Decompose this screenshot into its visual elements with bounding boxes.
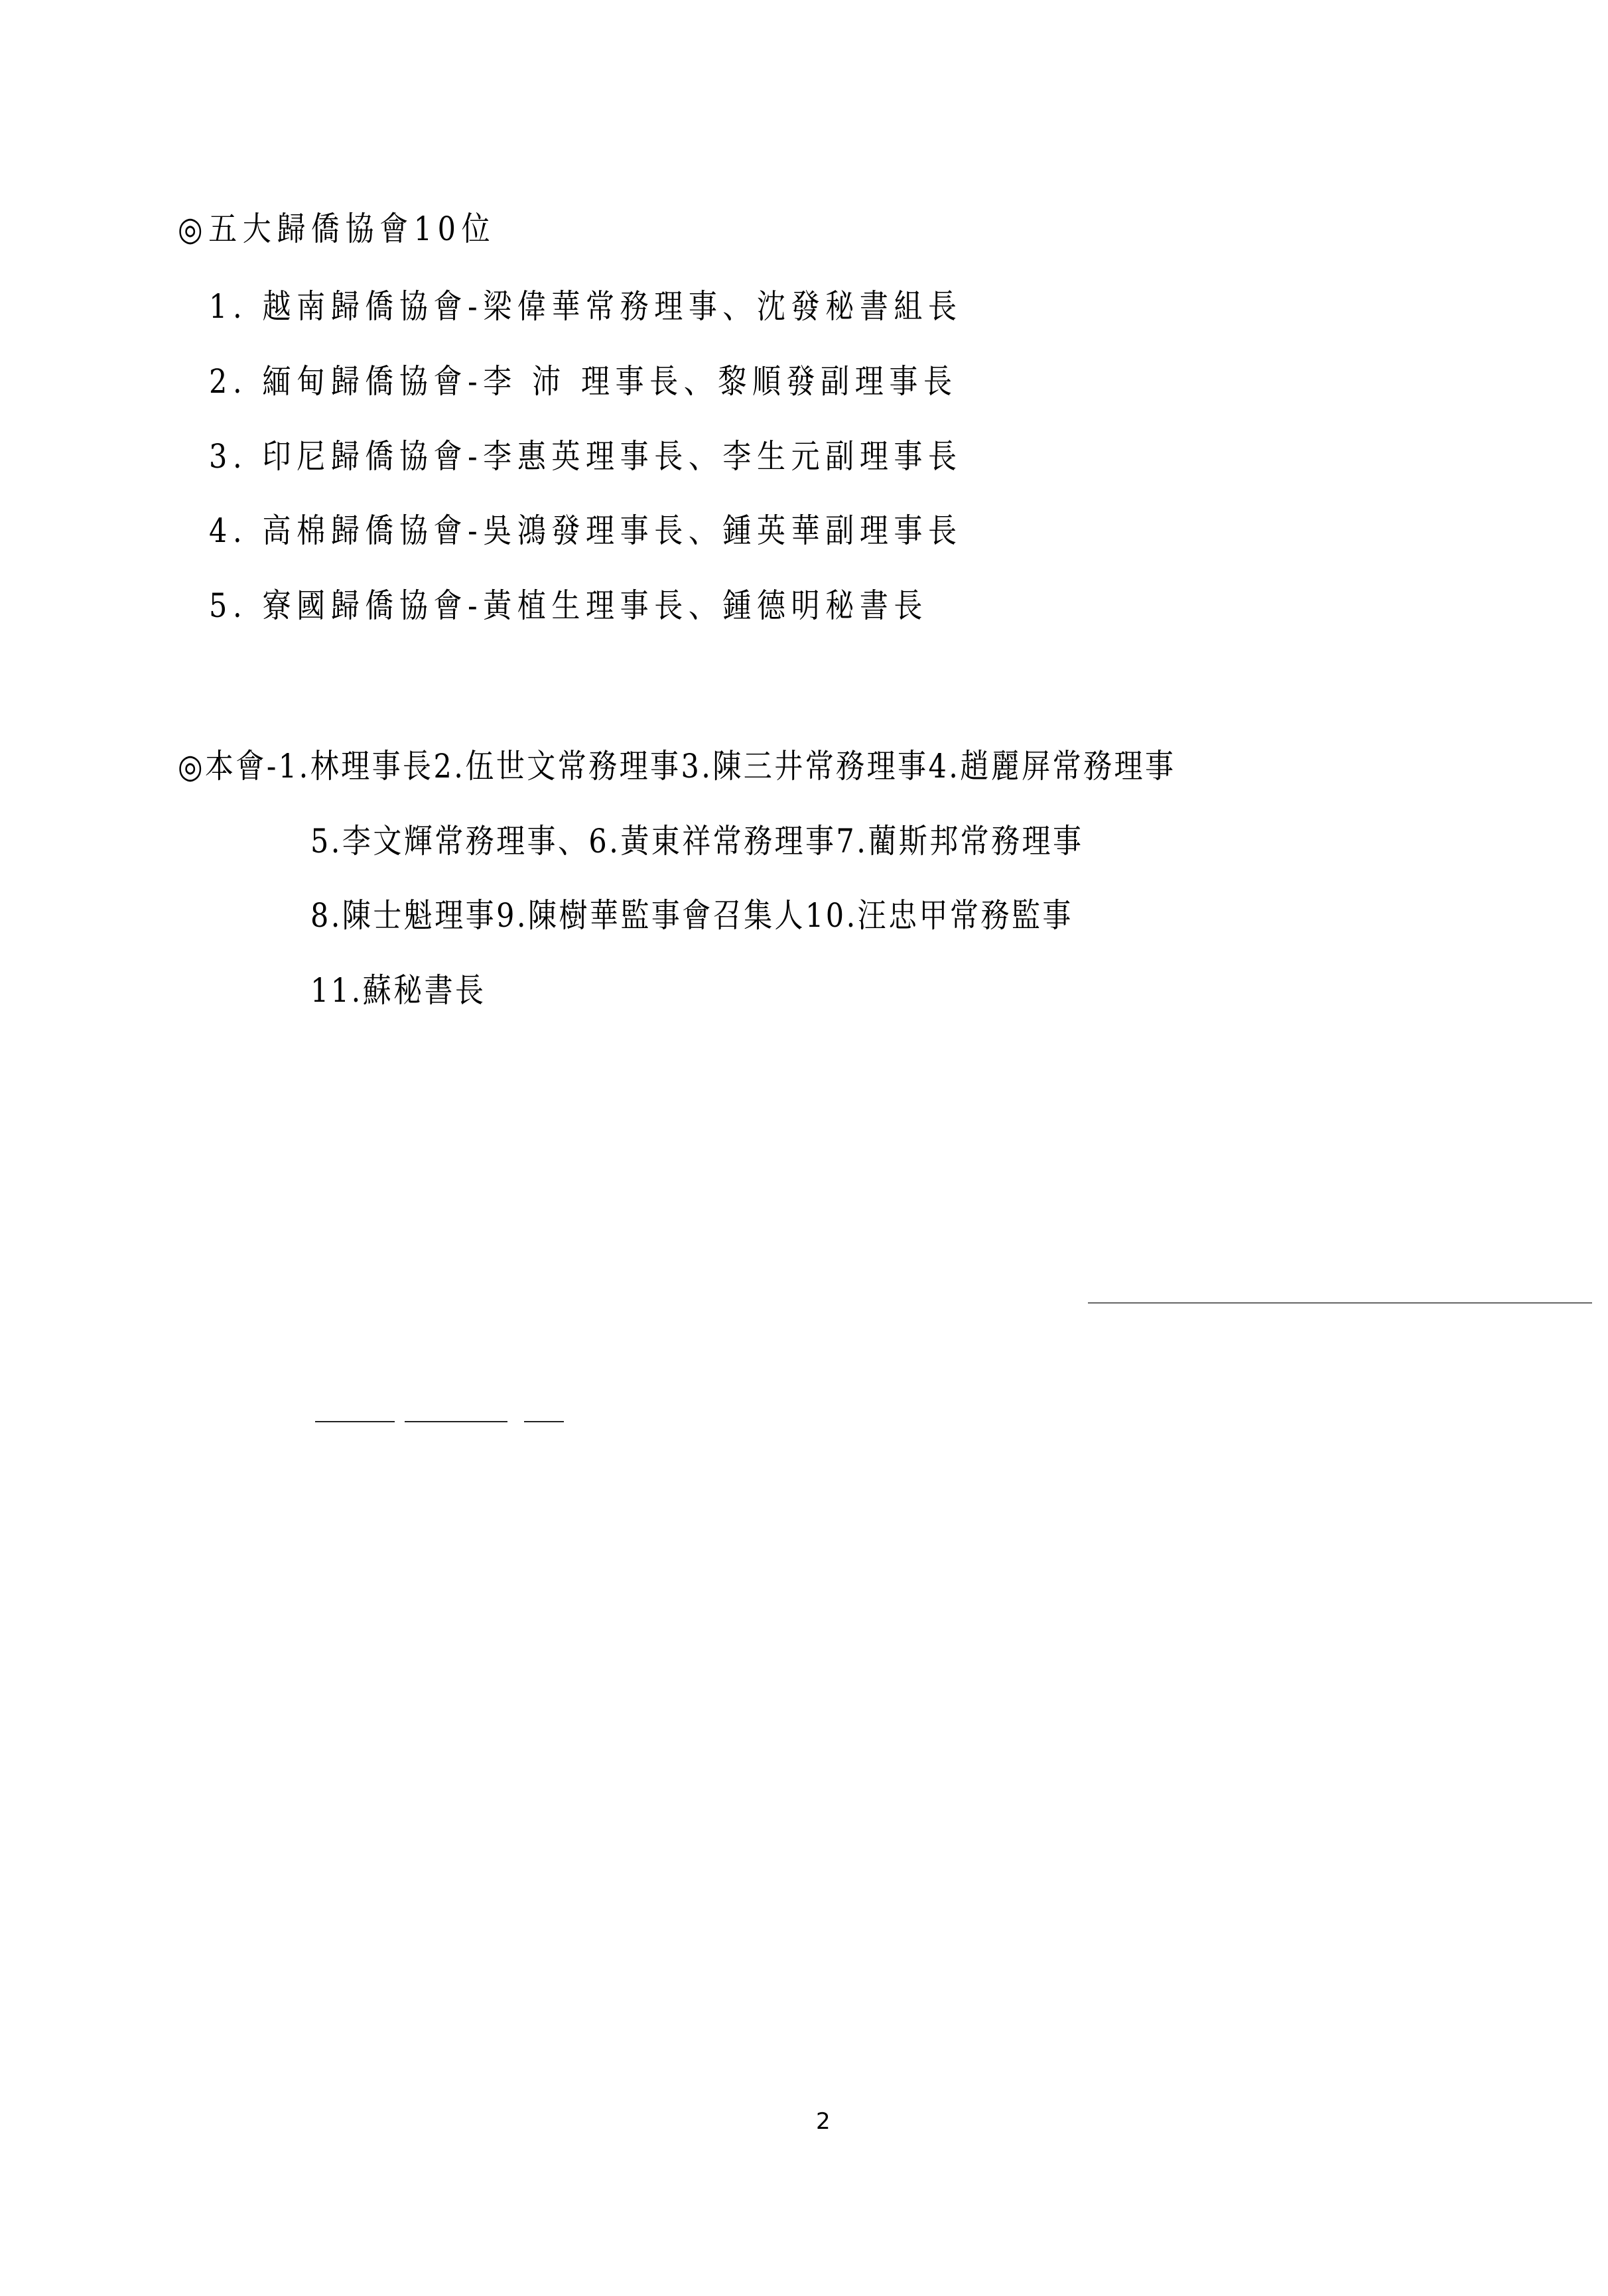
this-association-members-line: ◎本會-1.林理事長2.伍世文常務理事3.陳三井常務理事4.趙麗屏常務理事 [178,746,1175,786]
scan-artifact-line [461,1421,507,1422]
this-association-members-line: 8.陳士魁理事9.陳樹華監事會召集人10.汪忠甲常務監事 [310,896,1073,935]
document-page: ◎五大歸僑協會10位 1. 越南歸僑協會-梁偉華常務理事、沈發秘書組長 2. 緬… [0,0,1608,2296]
association-list-item: 3. 印尼歸僑協會-李惠英理事長、李生元副理事長 [209,437,963,476]
association-list-item: 2. 緬甸歸僑協會-李 沛 理事長、黎順發副理事長 [209,362,958,401]
association-list-item: 5. 寮國歸僑協會-黃植生理事長、鍾德明秘書長 [209,586,928,626]
this-association-members-line: 11.蘇秘書長 [310,971,486,1010]
association-list-item: 1. 越南歸僑協會-梁偉華常務理事、沈發秘書組長 [209,287,963,326]
scan-artifact-line [315,1421,395,1422]
returned-associations-heading: ◎五大歸僑協會10位 [178,209,496,249]
scan-artifact-line [461,1421,464,1422]
this-association-members-line: 5.李文輝常務理事、6.黃東祥常務理事7.藺斯邦常務理事 [310,821,1083,861]
scan-artifact-line [524,1421,564,1422]
association-list-item: 4. 高棉歸僑協會-吳鴻發理事長、鍾英華副理事長 [209,511,963,551]
scan-artifact-line [1088,1302,1592,1304]
page-number: 2 [816,2108,831,2135]
